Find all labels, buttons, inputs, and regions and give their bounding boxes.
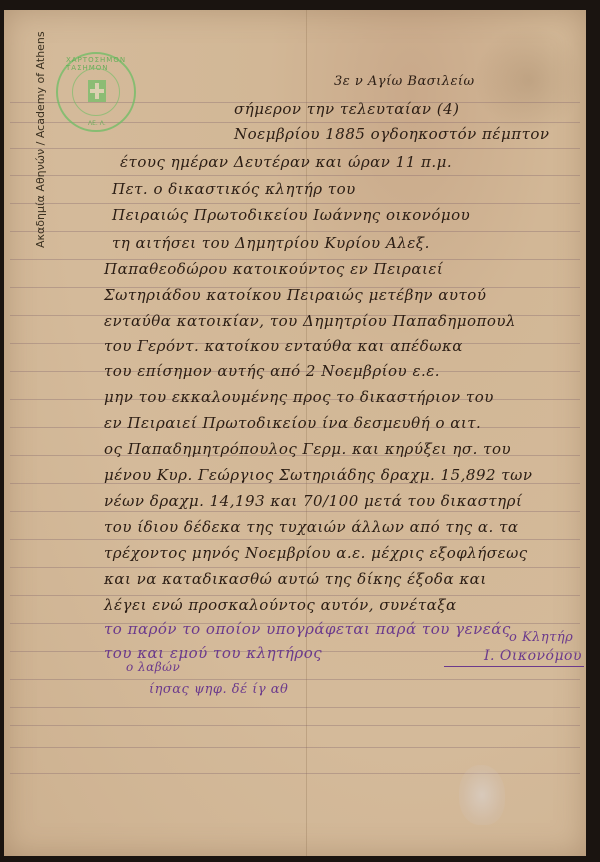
closing-left-line-2: ίησας ψηφ. δέ ίγ αθ [149,682,288,697]
text-line: του Γερόντ. κατοίκου ενταύθα και απέδωκα [104,337,463,355]
ruled-line [10,175,580,176]
ruled-line [10,511,580,512]
ruled-line [10,203,580,204]
text-line: σήμερον την τελευταίαν (4) [234,100,460,118]
text-line: νέων δραχμ. 14,193 και 70/100 μετά του δ… [104,492,522,510]
ruled-line [10,707,580,708]
text-line: τρέχοντος μηνός Νοεμβρίου α.ε. μέχρις εξ… [104,544,528,562]
text-line: ενταύθα κατοικίαν, του Δημητρίου Παπαδημ… [104,312,516,330]
ruled-line [10,747,580,748]
ruled-line [10,725,580,726]
text-line: του επίσημον αυτής από 2 Νοεμβρίου ε.ε. [104,362,440,380]
ruled-line [10,679,580,680]
text-line: Πετ. ο δικαστικός κλητήρ του [112,180,356,198]
text-line: Νοεμβρίου 1885 ογδοηκοστόν πέμπτον [234,125,550,143]
text-line: τη αιτήσει του Δημητρίου Κυρίου Αλεξ. [112,234,430,252]
text-line: λέγει ενώ προσκαλούντος αυτόν, συνέταξα [104,596,457,614]
text-line: Πειραιώς Πρωτοδικείου Ιωάννης οικονόμου [112,206,470,224]
text-line: και να καταδικασθώ αυτώ της δίκης έξοδα … [104,570,487,588]
archive-watermark: Ακαδημία Αθηνών / Academy of Athens [34,31,47,248]
embossed-head-seal-icon [459,765,505,825]
paper-stain [474,25,584,135]
text-line: του ίδιου δέδεκα της τυχαιών άλλων από τ… [104,518,519,536]
closing-left: ο λαβών [126,660,180,674]
signature: Ι. Οικονόμου [484,648,582,664]
text-line: το παρόν το οποίον υπογράφεται παρά του … [104,620,511,638]
ruled-line [10,231,580,232]
text-line: Παπαθεοδώρου κατοικούντος εν Πειραιεί [104,260,443,278]
revenue-stamp: ΧΑΡΤΟΣΗΜΟΝ ΤΑΣΗΜΟΝ ΛΕ. Λ. [56,52,136,132]
closing-right-title: ο Κλητήρ [509,630,573,645]
greek-cross-icon [88,80,106,102]
ruled-line [10,539,580,540]
text-line: έτους ημέραν Δευτέραν και ώραν 11 π.μ. [120,153,452,171]
text-line: Σωτηριάδου κατοίκου Πειραιώς μετέβην αυτ… [104,286,486,304]
text-line: μην του εκκαλουμένης προς το δικαστήριον… [104,388,494,406]
text-line: ος Παπαδημητρόπουλος Γερμ. και κηρύξει η… [104,440,511,458]
date-header: 3ε ν Αγίω Βασιλείω [334,74,475,89]
text-line: εν Πειραιεί Πρωτοδικείου ίνα δεσμευθή ο … [104,414,481,432]
ruled-line [10,148,580,149]
signature-underline [444,666,584,667]
stamp-bottom-text: ΛΕ. Λ. [88,120,106,127]
text-line: μένου Κυρ. Γεώργιος Σωτηριάδης δραχμ. 15… [104,466,532,484]
ruled-line [10,567,580,568]
document-page: ΧΑΡΤΟΣΗΜΟΝ ΤΑΣΗΜΟΝ ΛΕ. Λ. 3ε ν Αγίω Βασι… [4,10,586,856]
